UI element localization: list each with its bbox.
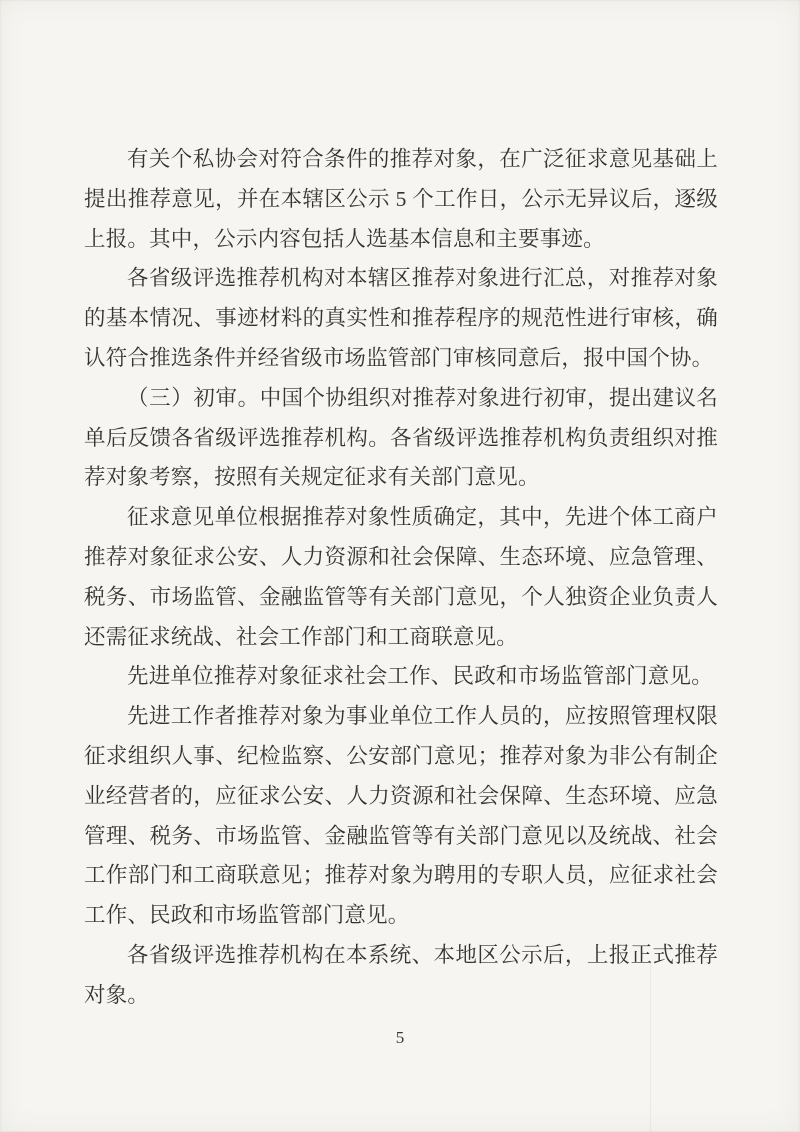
paragraph: 征求意见单位根据推荐对象性质确定，其中，先进个体工商户推荐对象征求公安、人力资源… bbox=[84, 498, 718, 657]
paragraph-text: 各省级评选推荐机构对本辖区推荐对象进行汇总，对推荐对象的基本情况、事迹材料的真实… bbox=[84, 266, 718, 370]
paragraph-text: 征求意见单位根据推荐对象性质确定，其中，先进个体工商户推荐对象征求公安、人力资源… bbox=[84, 505, 718, 648]
paragraph: 先进工作者推荐对象为事业单位工作人员的，应按照管理权限征求组织人事、纪检监察、公… bbox=[84, 697, 718, 936]
document-page: 有关个私协会对符合条件的推荐对象，在广泛征求意见基础上提出推荐意见，并在本辖区公… bbox=[0, 0, 800, 1132]
paragraph: 各省级评选推荐机构在本系统、本地区公示后，上报正式推荐对象。 bbox=[84, 936, 718, 1016]
page-number: 5 bbox=[0, 1028, 800, 1048]
document-body: 有关个私协会对符合条件的推荐对象，在广泛征求意见基础上提出推荐意见，并在本辖区公… bbox=[84, 140, 718, 1016]
paragraph: （三）初审。中国个协组织对推荐对象进行初审，提出建议名单后反馈各省级评选推荐机构… bbox=[84, 379, 718, 498]
paragraph-text: 有关个私协会对符合条件的推荐对象，在广泛征求意见基础上提出推荐意见，并在本辖区公… bbox=[84, 147, 718, 251]
paragraph: 有关个私协会对符合条件的推荐对象，在广泛征求意见基础上提出推荐意见，并在本辖区公… bbox=[84, 140, 718, 259]
section-heading: （三）初审。 bbox=[127, 386, 260, 410]
paragraph-text: 各省级评选推荐机构在本系统、本地区公示后，上报正式推荐对象。 bbox=[84, 943, 718, 1007]
paragraph-text: 先进工作者推荐对象为事业单位工作人员的，应按照管理权限征求组织人事、纪检监察、公… bbox=[84, 704, 718, 927]
paragraph-text: 先进单位推荐对象征求社会工作、民政和市场监管部门意见。 bbox=[127, 664, 713, 688]
paragraph: 各省级评选推荐机构对本辖区推荐对象进行汇总，对推荐对象的基本情况、事迹材料的真实… bbox=[84, 259, 718, 378]
paragraph: 先进单位推荐对象征求社会工作、民政和市场监管部门意见。 bbox=[84, 657, 718, 697]
